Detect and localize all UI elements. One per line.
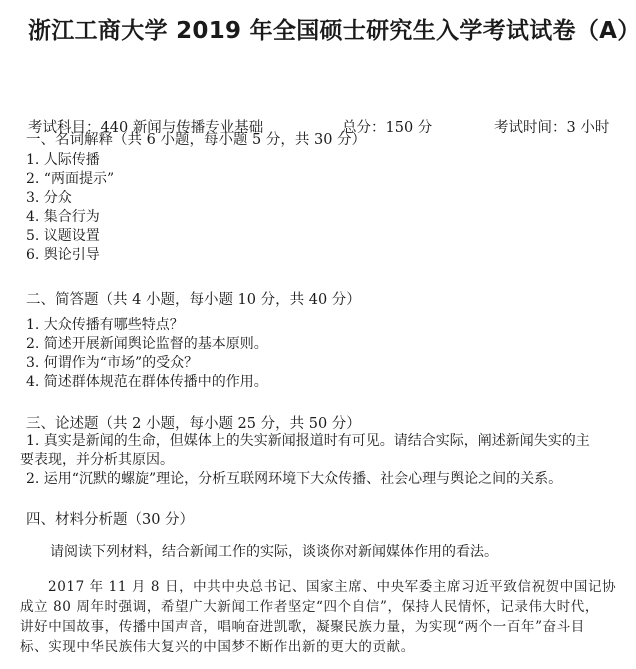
material-line: 2017 年 11 月 8 日，中共中央总书记、国家主席、中央军委主席习近平致信… (48, 577, 616, 597)
material-line: 讲好中国故事，传播中国声音，唱响奋进凯歌，凝聚民族力量，为实现“两个一百年”奋斗… (20, 617, 585, 637)
section-1-item: 1. 人际传播 (26, 151, 100, 170)
section-2-item: 3. 何谓作为“市场”的受众？ (26, 354, 198, 373)
material-line: 成立 80 周年时强调，希望广大新闻工作者坚定“四个自信”，保持人民情怀，记录伟… (20, 597, 599, 617)
section-1-heading: 一、名词解释（共 6 小题，每小题 5 分，共 30 分） (26, 128, 366, 149)
section-1-item: 3. 分众 (26, 189, 72, 208)
exam-time: 考试时间：3 小时 (494, 116, 609, 137)
section-4-instruction: 请阅读下列材料，结合新闻工作的实际，谈谈你对新闻媒体作用的看法。 (50, 543, 498, 562)
section-3-item: 2. 运用“沉默的螺旋”理论，分析互联网环境下大众传播、社会心理与舆论之间的关系… (26, 470, 562, 489)
material-line: 标、实现中华民族伟大复兴的中国梦不断作出新的更大的贡献。 (20, 637, 415, 657)
section-4-heading: 四、材料分析题（30 分） (26, 508, 194, 529)
section-1-item: 6. 舆论引导 (26, 246, 100, 265)
section-2-item: 4. 简述群体规范在群体传播中的作用。 (26, 373, 268, 392)
section-1-item: 2. “两面提示” (26, 170, 114, 189)
section-3-heading: 三、论述题（共 2 小题，每小题 25 分，共 50 分） (26, 412, 361, 433)
section-3-item-continuation: 要表现，并分析其原因。 (20, 451, 174, 470)
section-3-item: 1. 真实是新闻的生命，但媒体上的失实新闻报道时有可见。请结合实际，阐述新闻失实… (26, 432, 590, 451)
exam-title: 浙江工商大学 2019 年全国硕士研究生入学考试试卷（A）卷 (28, 12, 636, 45)
section-2-item: 1. 大众传播有哪些特点？ (26, 316, 184, 335)
section-1-item: 5. 议题设置 (26, 227, 100, 246)
section-2-item: 2. 简述开展新闻舆论监督的基本原则。 (26, 335, 268, 354)
section-1-item: 4. 集合行为 (26, 208, 100, 227)
section-2-heading: 二、简答题（共 4 小题，每小题 10 分，共 40 分） (26, 288, 361, 309)
